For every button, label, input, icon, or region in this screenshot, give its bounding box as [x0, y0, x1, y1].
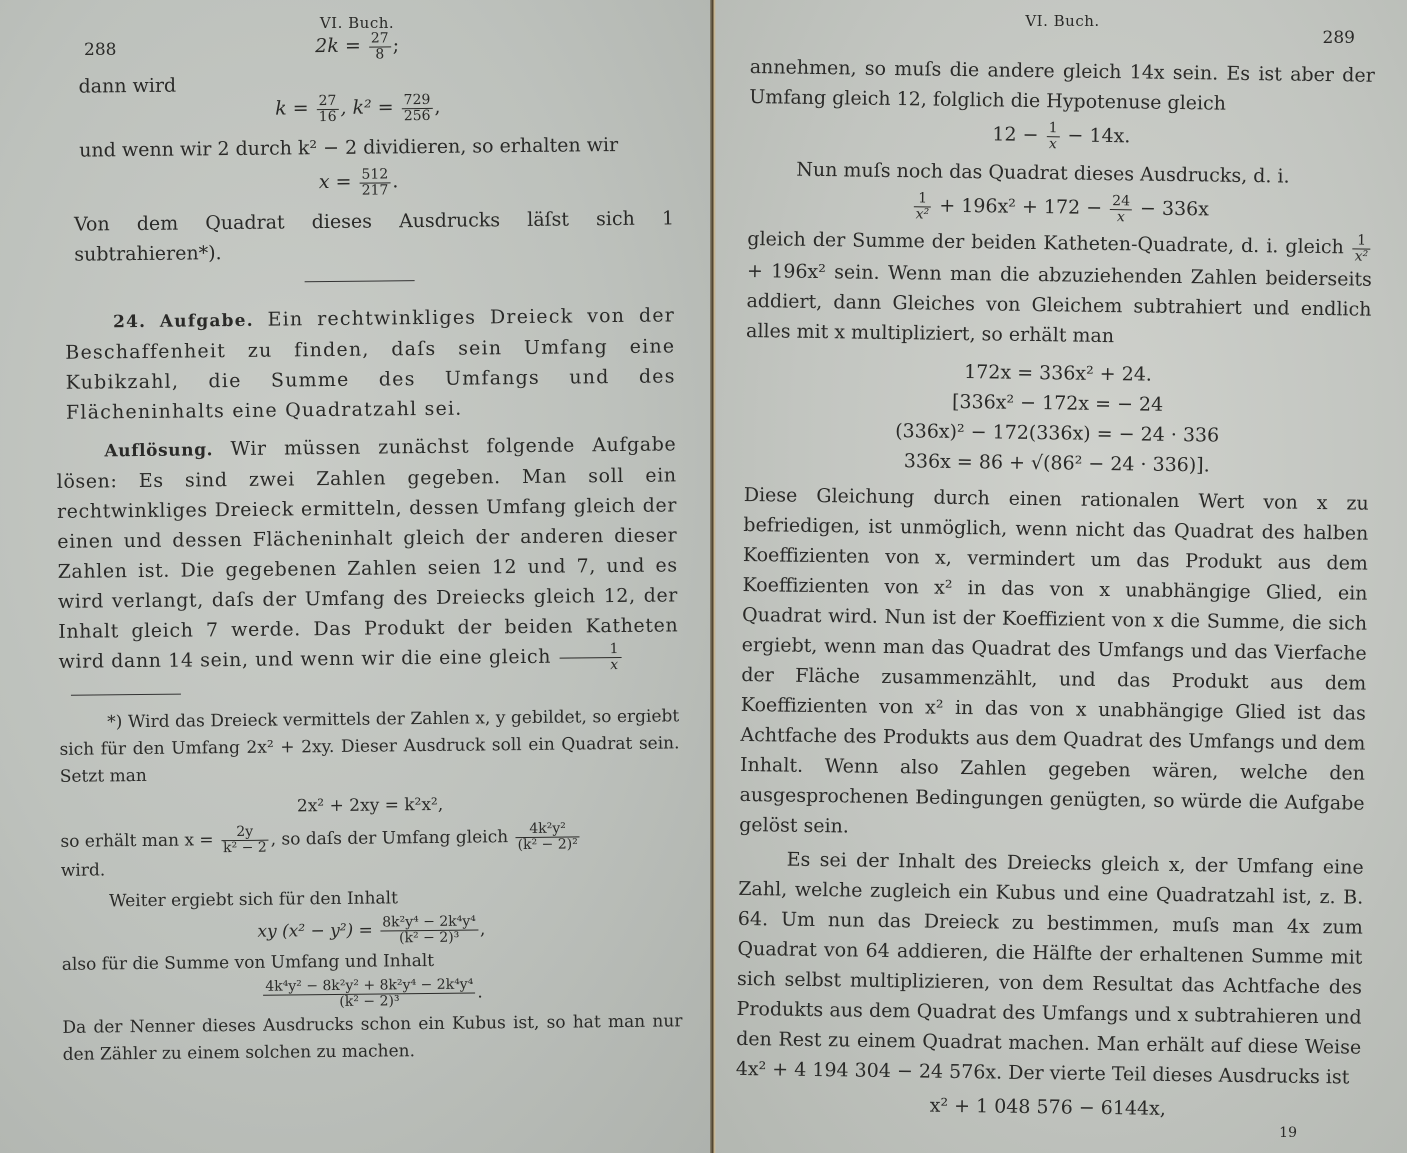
denominator: (k² − 2)²	[516, 837, 580, 853]
footnote-eq3: 4k⁴y² − 8k²y² + 8k²y⁴ − 2k⁴y⁴(k² − 2)³.	[62, 974, 682, 1012]
book-spread: VI. Buch. 288 2k = 278; dann wird k = 27…	[0, 0, 1407, 1153]
numerator: 27	[317, 93, 339, 109]
denominator: 16	[317, 109, 339, 124]
numerator: 8k²y⁴ − 2k⁴y⁴	[380, 914, 478, 931]
eq-part: 12 −	[992, 123, 1038, 146]
eq-part: − 14x.	[1067, 124, 1130, 147]
numerator: 1	[914, 191, 932, 207]
text: so erhält man x =	[60, 830, 213, 852]
numerator: 1	[559, 641, 621, 658]
signature-mark: 19	[1279, 1125, 1297, 1141]
fraction: 24x	[1110, 194, 1132, 225]
numerator: 729	[402, 92, 433, 108]
eq-lhs: 2k =	[315, 35, 361, 57]
denominator: (k² − 2)³	[263, 993, 475, 1010]
text-es-sei: Es sei der Inhalt des Dreiecks gleich x,…	[736, 843, 1364, 1092]
problem-label: 24. Aufgabe.	[113, 311, 254, 332]
denominator: 217	[360, 183, 391, 198]
text: gleich der Summe der beiden Katheten-Qua…	[747, 228, 1344, 258]
fraction: 1x²	[914, 191, 932, 222]
numerator: 4k²y²	[515, 821, 579, 838]
eq-tail: .	[477, 982, 483, 1002]
section-divider	[305, 280, 415, 282]
equation-hypotenuse: 12 − 1x − 14x.	[749, 114, 1374, 157]
fraction: 8k²y⁴ − 2k⁴y⁴(k² − 2)³	[380, 914, 478, 946]
denominator: x	[1046, 137, 1059, 152]
eq-lhs: x =	[319, 171, 352, 193]
numerator: 2y	[221, 824, 269, 840]
eq-part: − 336x	[1140, 197, 1209, 220]
numerator: 1	[1047, 121, 1060, 137]
denominator: (k² − 2)³	[380, 930, 478, 946]
footnote-p3: Weiter ergiebt sich für den Inhalt	[61, 882, 681, 915]
solution-label: Auflösung.	[104, 440, 213, 461]
footnote-eq1: 2x² + 2xy = k²x²,	[60, 786, 680, 824]
right-page-body: annehmen, so muſs die andere gleich 14x …	[735, 52, 1375, 1128]
running-head-right: VI. Buch.	[750, 12, 1375, 30]
text-und-wenn: und wenn wir 2 durch k² − 2 dividieren, …	[43, 129, 673, 166]
fraction: 278	[369, 31, 391, 62]
text-diese-gleichung: Diese Gleichung durch einen rationalen W…	[739, 479, 1369, 848]
solution-text: Wir müssen zunächst folgende Aufgabe lös…	[57, 433, 679, 672]
eq-lhs: xy (x² − y²) =	[257, 920, 373, 941]
denominator: x²	[914, 207, 932, 222]
denominator: k² − 2	[221, 840, 269, 855]
text: , so daſs der Umfang gleich	[271, 827, 509, 849]
equation-2k: 2k = 278;	[42, 25, 672, 66]
solution: Auflösung. Wir müssen zunächst folgende …	[46, 429, 679, 678]
page-number-right: 289	[1323, 28, 1355, 48]
footnote-eq2: xy (x² − y²) = 8k²y⁴ − 2k⁴y⁴(k² − 2)³,	[61, 911, 681, 949]
footnote: *) Wird das Dreieck vermittels der Zahle…	[49, 703, 683, 1069]
equation-square: 1x² + 196x² + 172 − 24x − 336x	[748, 186, 1373, 229]
denominator: 256	[402, 108, 433, 123]
fraction: 512217	[359, 167, 390, 198]
eq-mid: , k² =	[340, 96, 393, 119]
fraction: 2716	[317, 93, 339, 124]
eq-tail: ;	[393, 34, 400, 56]
footnote-p1: *) Wird das Dreieck vermittels der Zahle…	[59, 703, 680, 790]
fraction: 4k²y²(k² − 2)²	[515, 821, 579, 853]
text-annehmen: annehmen, so muſs die andere gleich 14x …	[749, 52, 1375, 121]
problem-24: 24. Aufgabe. Ein rechtwinkliges Dreieck …	[45, 300, 676, 428]
footnote-divider	[71, 693, 181, 695]
numerator: 24	[1110, 194, 1132, 210]
fraction: 4k⁴y² − 8k²y² + 8k²y⁴ − 2k⁴y⁴(k² − 2)³	[263, 977, 475, 1010]
book-gutter	[710, 0, 716, 1153]
denominator: x	[560, 657, 622, 673]
text: + 196x² sein. Wenn man die abzuziehenden…	[746, 259, 1372, 346]
denominator: 8	[369, 47, 391, 62]
eq-lhs: k =	[275, 97, 309, 119]
denominator: x²	[1353, 249, 1371, 264]
eq-tail: .	[392, 170, 398, 192]
eq-tail: ,	[434, 96, 440, 118]
right-page: VI. Buch. 289 annehmen, so muſs die ande…	[712, 0, 1407, 1153]
text: wird.	[61, 860, 106, 880]
numerator: 27	[369, 31, 391, 47]
fraction: 1x	[1046, 121, 1059, 152]
fraction: 1x	[559, 641, 621, 673]
numerator: 512	[359, 167, 390, 183]
numerator: 1	[1353, 233, 1371, 249]
eq-tail: ,	[480, 919, 486, 939]
fraction: 2yk² − 2	[221, 824, 269, 855]
denominator: x	[1110, 210, 1132, 225]
left-page: VI. Buch. 288 2k = 278; dann wird k = 27…	[0, 0, 712, 1153]
fraction: 729256	[402, 92, 433, 123]
footnote-p5: Da der Nenner dieses Ausdrucks schon ein…	[62, 1008, 683, 1068]
footnote-p4: also für die Summe von Umfang und Inhalt	[62, 945, 682, 978]
equation-x: x = 512217.	[43, 161, 673, 202]
text-von-dem-quadrat: Von dem Quadrat dieses Ausdrucks läſst s…	[44, 203, 675, 270]
fraction: 1x²	[1353, 233, 1371, 264]
left-page-body: 2k = 278; dann wird k = 2716, k² = 72925…	[42, 25, 683, 1068]
footnote-p2: so erhält man x = 2yk² − 2, so daſs der …	[60, 820, 681, 884]
eq-part: + 196x² + 172 −	[939, 195, 1102, 219]
text-gleich-der-summe: gleich der Summe der beiden Katheten-Qua…	[746, 224, 1373, 354]
equation-final: x² + 1 048 576 − 6144x,	[735, 1085, 1360, 1128]
